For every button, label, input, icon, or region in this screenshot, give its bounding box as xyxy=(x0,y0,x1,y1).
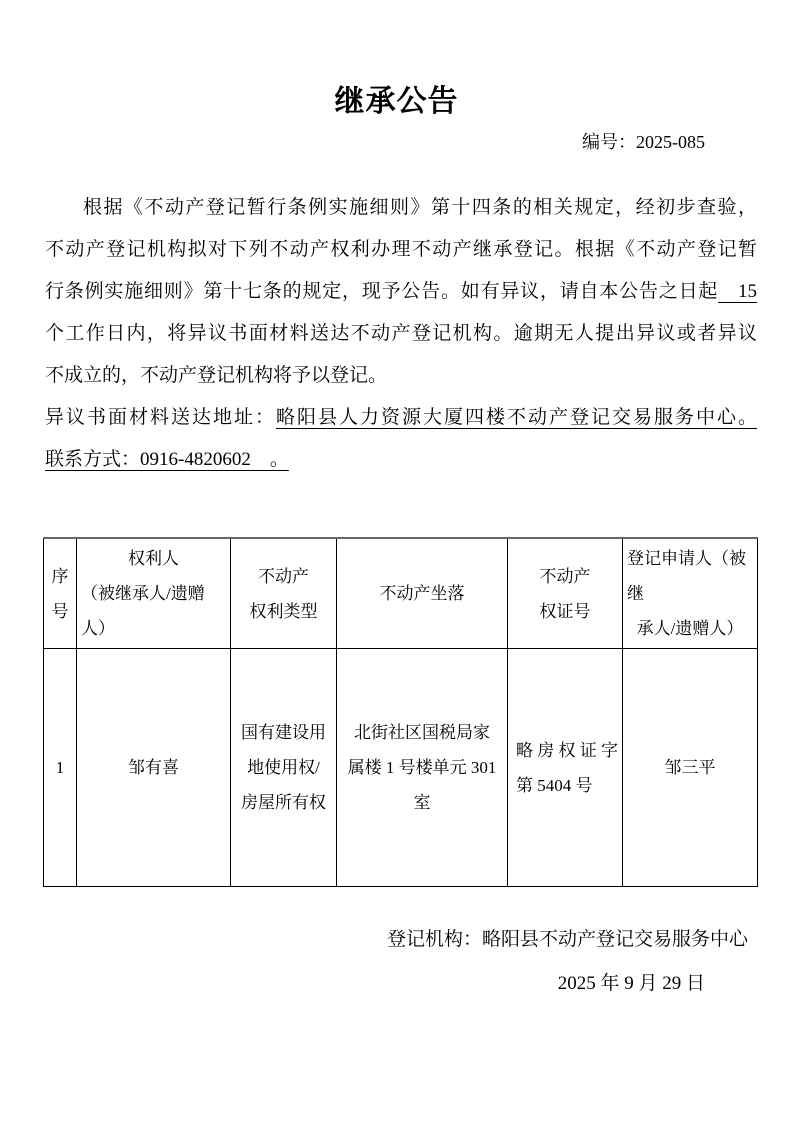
body-line-2: 不动产登记机构拟对下列不动产权利办理不动产继承登记。根据《不动产登记暂 xyxy=(45,229,757,271)
body-line-3: 行条例实施细则》第十七条的规定，现予公告。如有异议，请自本公告之日起 15 xyxy=(45,271,757,313)
header-cell-index: 序号 xyxy=(44,538,77,649)
cell-right-type: 国有建设用地使用权/房屋所有权 xyxy=(231,649,337,887)
header-cell-right-type: 不动产权利类型 xyxy=(231,538,337,649)
contact-value: 联系方式：0916-4820602 。 xyxy=(45,449,289,470)
body-line-5: 不成立的，不动产登记机构将予以登记。 xyxy=(45,355,757,397)
table-row: 1 邹有喜 国有建设用地使用权/房屋所有权 北街社区国税局家属楼 1 号楼单元 … xyxy=(44,649,758,887)
objection-days-value: 15 xyxy=(718,281,757,302)
doc-number: 编号：2025-085 xyxy=(0,128,705,154)
header-cell-applicant: 登记申请人（被继承人/遗赠人） xyxy=(623,538,758,649)
notice-date: 2025 年 9 月 29 日 xyxy=(0,968,705,995)
page-title: 继承公告 xyxy=(0,76,793,120)
notice-body: 根据《不动产登记暂行条例实施细则》第十四条的相关规定，经初步查验， 不动产登记机… xyxy=(45,187,757,481)
cell-location: 北街社区国税局家属楼 1 号楼单元 301室 xyxy=(337,649,508,887)
notice-table: 序号 权利人（被继承人/遗赠人） 不动产权利类型 不动产坐落 不动产权证号 登记… xyxy=(43,537,758,887)
address-label: 异议书面材料送达地址： xyxy=(45,407,276,428)
header-cell-location: 不动产坐落 xyxy=(337,538,508,649)
address-line: 异议书面材料送达地址：略阳县人力资源大厦四楼不动产登记交易服务中心。 xyxy=(45,397,757,439)
body-line-1: 根据《不动产登记暂行条例实施细则》第十四条的相关规定，经初步查验， xyxy=(45,187,757,229)
cell-index: 1 xyxy=(44,649,77,887)
table-header-row: 序号 权利人（被继承人/遗赠人） 不动产权利类型 不动产坐落 不动产权证号 登记… xyxy=(44,538,758,649)
registry-org: 登记机构：略阳县不动产登记交易服务中心 xyxy=(0,924,748,951)
header-cell-cert-no: 不动产权证号 xyxy=(508,538,623,649)
contact-line: 联系方式：0916-4820602 。 xyxy=(45,439,757,481)
address-value: 略阳县人力资源大厦四楼不动产登记交易服务中心。 xyxy=(276,407,757,428)
body-line-4: 个工作日内，将异议书面材料送达不动产登记机构。逾期无人提出异议或者异议 xyxy=(45,313,757,355)
cell-holder: 邹有喜 xyxy=(77,649,231,887)
header-cell-holder: 权利人（被继承人/遗赠人） xyxy=(77,538,231,649)
cell-applicant: 邹三平 xyxy=(623,649,758,887)
body-line-3-text: 行条例实施细则》第十七条的规定，现予公告。如有异议，请自本公告之日起 xyxy=(45,281,718,302)
cell-cert-no: 略 房 权 证 字第 5404 号 xyxy=(508,649,623,887)
notice-page: 继承公告 编号：2025-085 根据《不动产登记暂行条例实施细则》第十四条的相… xyxy=(0,0,793,1122)
